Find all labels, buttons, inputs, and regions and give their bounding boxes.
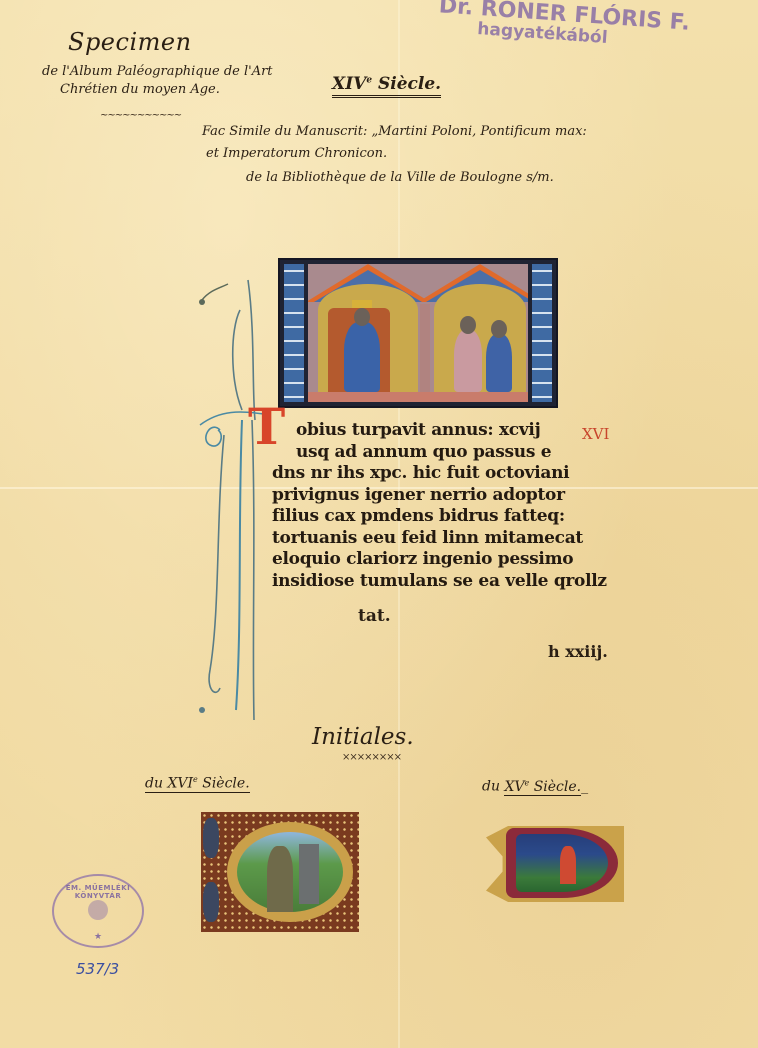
text-line: filius cax pmdens bidrus fatteq: [272, 506, 612, 528]
label-suffix: e [193, 775, 198, 784]
leaf-ornament [203, 818, 219, 858]
enthroned-king-figure [344, 322, 380, 392]
miniature-scene [308, 264, 528, 402]
library-stamp-text: EM. MŰEMLÉKI KÖNYVTÁR [62, 884, 134, 900]
label-underlined: XVe Siècle. [504, 779, 581, 796]
coat-of-arms-icon [88, 900, 108, 920]
text-line: obius turpavit annus: xcvij [272, 420, 612, 442]
text-line: usq ad annum quo passus e [272, 442, 612, 464]
text-line: insidiose tumulans se ea velle qrollz [272, 571, 612, 593]
label-century: XV [504, 779, 524, 795]
label-suffix: e [525, 778, 530, 787]
star-icon: ★ [54, 932, 142, 942]
caption-line1: Fac Simile du Manuscrit: „Martini Poloni… [202, 124, 587, 139]
standing-figure-pink [454, 330, 482, 392]
library-stamp: EM. MŰEMLÉKI KÖNYVTÁR ★ [52, 874, 144, 948]
figure-head [491, 320, 507, 338]
label-century: XVI [167, 776, 193, 792]
initial-night-scene [516, 834, 608, 892]
initial-flourish-ornament [180, 270, 280, 730]
specimen-subtitle-line2: Chrétien du moyen Age. [60, 82, 220, 97]
label-word: Siècle. [202, 776, 249, 792]
text-line: privignus igener nerrio adoptor [272, 485, 612, 507]
saint-figure [267, 846, 293, 912]
label-xv-century: du XVe Siècle._ [482, 778, 588, 795]
label-word: Siècle. [534, 779, 581, 795]
standing-figure-blue [486, 334, 512, 392]
initial-oval-frame [227, 822, 353, 922]
illuminated-initial-xv [486, 826, 624, 902]
text-line: dns nr ihs xpc. hic fuit octoviani [272, 463, 612, 485]
manuscript-miniature [278, 258, 558, 408]
folio-mark: h xxiij. [548, 642, 608, 661]
century-numeral: XIV [332, 74, 366, 94]
manuscript-text-block: obius turpavit annus: xcvij usq ad annum… [272, 420, 612, 592]
miniature-right-border [532, 264, 552, 402]
label-xvi-century: du XVIe Siècle. [145, 775, 250, 793]
caption-line2: et Imperatorum Chronicon. [206, 146, 387, 161]
century-suffix: e [366, 75, 372, 85]
specimen-ornament: ~~~~~~~~~~~ [100, 110, 181, 121]
initial-landscape [237, 832, 343, 912]
century-heading: XIVe Siècle. [332, 74, 441, 98]
crown-icon [352, 300, 372, 308]
century-word: Siècle. [378, 74, 441, 94]
miniature-left-border [284, 264, 304, 402]
label-prefix: du [482, 779, 500, 795]
figure-head [460, 316, 476, 334]
caption-line3: de la Bibliothèque de la Ville de Boulog… [246, 170, 554, 185]
label-prefix: du [145, 776, 163, 792]
illuminated-initial-xvi [201, 812, 359, 932]
king-head [354, 308, 370, 326]
text-line: tortuanis eeu feid linn mitamecat [272, 528, 612, 550]
initiales-heading: Initiales. [312, 724, 414, 750]
center-column [420, 304, 430, 392]
leaf-ornament [203, 882, 219, 922]
initiales-ornament: ×××××××× [342, 752, 401, 763]
miniature-floor [308, 392, 528, 402]
text-line: eloquio clariorz ingenio pessimo [272, 549, 612, 571]
kneeling-king-figure [560, 846, 576, 884]
label-trail: _ [581, 779, 588, 795]
closing-word: tat. [358, 606, 391, 626]
specimen-subtitle-line1: de l'Album Paléographique de l'Art [42, 64, 273, 79]
specimen-title: Specimen [68, 28, 192, 56]
tower-building [299, 844, 319, 904]
shelfmark: 537/3 [76, 960, 119, 978]
